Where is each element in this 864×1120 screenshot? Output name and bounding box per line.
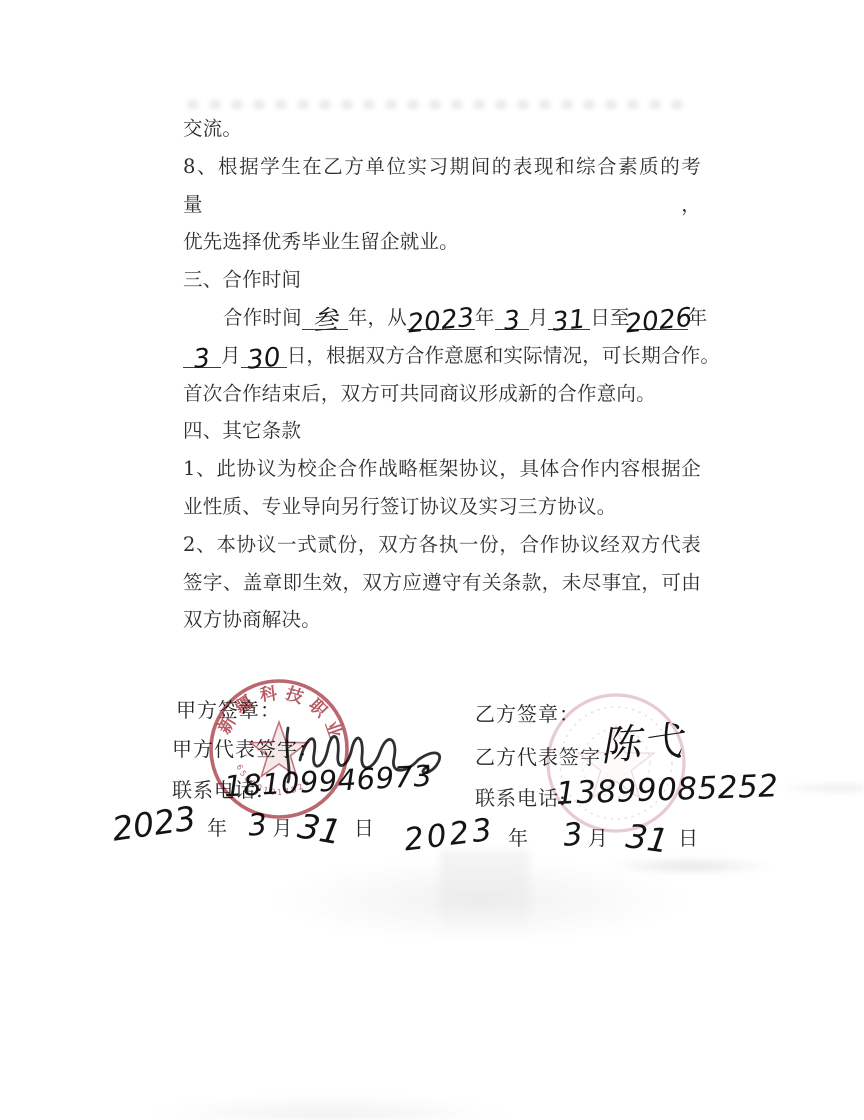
doc-line: 双方协商解决。 (183, 601, 701, 639)
handwritten-years: 叁 (310, 307, 339, 336)
doc-line: 8、根据学生在乙方单位实习期间的表现和综合素质的考量， (183, 148, 701, 224)
party-b-phone-label: 联系电话: (475, 782, 567, 811)
duration-prefix: 合作时间 (223, 306, 302, 329)
blank-start-day: 31 (548, 303, 590, 330)
day-suffix: 日 (678, 822, 698, 851)
year-suffix: 年 (508, 822, 528, 851)
doc-line: 签字、盖章即生效，双方应遵守有关条款，未尽事宜，可由 (183, 564, 701, 602)
doc-line-duration-2: 3月30日，根据双方合作意愿和实际情况，可长期合作。 (183, 337, 701, 375)
party-b-date-month: 3 (561, 816, 584, 854)
party-a-seal-label: 甲方签章： (176, 694, 281, 723)
party-b-phone-handwritten: 13899085252 (555, 768, 779, 812)
contract-body: 交流。 8、根据学生在乙方单位实习期间的表现和综合素质的考量， 优先选择优秀毕业… (183, 110, 701, 639)
doc-line: 2、本协议一式贰份，双方各执一份，合作协议经双方代表 (183, 526, 701, 564)
party-b-seal-label: 乙方签章： (475, 698, 580, 727)
doc-line: 优先选择优秀毕业生留企就业。 (183, 223, 701, 261)
blank-duration-years: 叁 (302, 303, 348, 330)
party-b-representative-signature: 陈弋 (598, 709, 686, 772)
party-a-date-month: 3 (247, 807, 269, 844)
blank-start-month: 3 (495, 303, 529, 330)
handwritten-end-year: 2026 (624, 305, 693, 338)
handwritten-start-month: 3 (502, 307, 521, 335)
party-a-representative-signature (278, 710, 458, 790)
party-b-date: 2023 年 3 月 31 日 (404, 814, 698, 853)
blank-end-month: 3 (183, 341, 221, 368)
doc-line-section-three: 三、合作时间 (183, 261, 701, 299)
doc-line-duration-1: 合作时间叁年，从2023年3月31日至2026年 (183, 299, 701, 337)
month-suffix: 月 (588, 822, 608, 851)
scanned-contract-page: 交流。 8、根据学生在乙方单位实习期间的表现和综合素质的考量， 优先选择优秀毕业… (0, 0, 864, 1120)
paper-fold-shadow (440, 850, 530, 940)
blank-end-day: 30 (241, 341, 287, 368)
party-a-date-year: 2023 (110, 798, 199, 848)
day-suffix: 日 (354, 812, 374, 841)
duration-tail: 日，根据双方合作意愿和实际情况，可长期合作。 (287, 344, 720, 367)
month-suffix: 月 (272, 812, 292, 841)
party-b-date-day: 31 (624, 816, 671, 860)
handwritten-end-month: 3 (192, 345, 211, 373)
doc-line: 首次合作结束后，双方可共同商议形成新的合作意向。 (183, 375, 701, 413)
duration-after-years: 年，从 (348, 306, 407, 329)
blank-start-year: 2023 (407, 303, 475, 330)
blank-end-year: 2026 (630, 303, 688, 330)
year-suffix: 年 (207, 812, 227, 841)
month-label: 月 (529, 306, 549, 329)
year-label: 年 (475, 306, 495, 329)
month-label: 月 (221, 344, 241, 367)
handwritten-start-year: 2023 (406, 305, 475, 338)
party-a-date-day: 31 (295, 806, 345, 853)
handwritten-start-day: 31 (551, 306, 587, 335)
doc-line: 业性质、专业导向另行签订协议及实习三方协议。 (183, 488, 701, 526)
ink-bleed-through (188, 100, 688, 109)
doc-line-section-four: 四、其它条款 (183, 412, 701, 450)
doc-line: 交流。 (183, 110, 701, 148)
doc-line: 1、此协议为校企合作战略框架协议，具体合作内容根据企 (183, 450, 701, 488)
handwritten-end-day: 30 (246, 344, 282, 373)
party-a-date: 2023 年 3 月 31 日 (112, 804, 374, 844)
